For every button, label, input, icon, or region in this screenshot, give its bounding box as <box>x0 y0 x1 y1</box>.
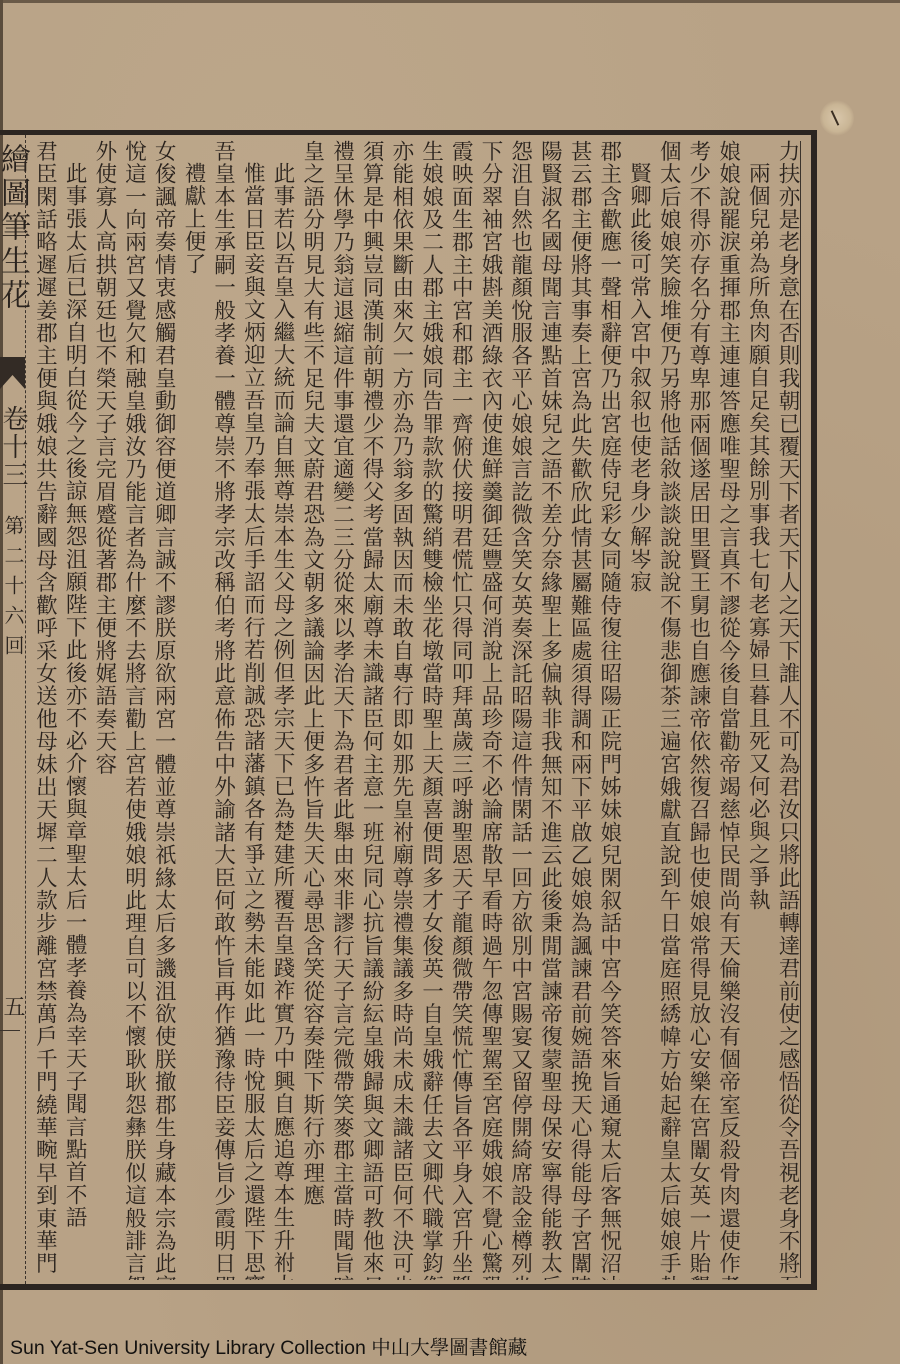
text-column: 兩個兒弟為所魚肉願自足矣其餘別事我七旬老寡婦旦暮且死又何必與之爭執 <box>743 140 773 1280</box>
text-column: 悅這一向兩宮又覺欠和融皇娥汝乃能言者為什麼不去將言勸上宮若使娥娘明此理自可以不懷… <box>119 140 149 1280</box>
text-column: 惟當日臣妾與文炳迎立吾皇乃奉張太后手詔而行若削誠恐諸藩鎮各有爭立之勢未能如此一時… <box>238 140 268 1280</box>
text-column: 此事若以吾皇入繼大統而論自無尊崇本生父母之例但孝宗天下已為楚建所覆吾皇踐祚實乃中… <box>267 140 297 1280</box>
text-column: 下分翠袖宮娥斟美酒綠衣內使進鮮羹御廷豐盛何消說上品珍奇不必論席散早看時過午忽傳聖… <box>475 140 505 1280</box>
library-collection-caption: Sun Yat-Sen University Library Collectio… <box>10 1332 527 1360</box>
vertical-text-body: 力扶亦是老身意在否則我朝已覆天下者天下人之天下誰人不可為君汝只將此語轉達君前使之… <box>30 140 802 1280</box>
text-column: 霞映面生郡主中宮和郡主一齊俯伏接明君慌忙只得同叩拜萬歲三呼謝聖恩天子龍顏微帶笑慌… <box>446 140 476 1280</box>
text-column: 個太后娘娘笑臉堆便乃另將他話敘談談說說說不傷悲御茶三遍宮娥獻直說到午日當庭照綉幃… <box>653 140 683 1280</box>
book-title: 繪圖筆生花 <box>0 143 25 313</box>
chapter-label: 第二十六回 <box>0 515 25 665</box>
text-column: 禮獻上便了 <box>178 140 208 1280</box>
text-column: 考少不得亦存名分有尊卑那兩個遂居田里賢王舅也自應諫帝依然復召歸也使娘娘常得見放心… <box>683 140 713 1280</box>
scanned-page: 繪圖筆生花 卷十三 第二十六回 五 力扶亦是老身意在否則我朝已覆天下者天下人之天… <box>0 0 900 1364</box>
text-column: 陽賢淑名國母聞言連點首妹兒之語不差分奈緣聖上多偏執非我無知不進云此後秉閒當諫帝復… <box>535 140 565 1280</box>
fishtail-mark <box>0 357 25 397</box>
paper-damage-hole <box>820 100 854 136</box>
text-column: 皇之語分明見大有些不足兒夫文蔚君恐為文朝多議論因此上便多忤旨失天心尋思含笑從容奏… <box>297 140 327 1280</box>
text-column: 郡主含歡應一聲相辭便乃出宮庭侍兒彩女同隨侍復往昭陽正院門姊妹娘兒閑叙話中宮今笑答… <box>594 140 624 1280</box>
text-column: 此事張太后已深自明白從今之後諒無怨沮願陛下此後亦不必介懷與章聖太后一體孝養為幸天… <box>59 140 89 1280</box>
text-column: 甚云郡主便將其事奏上宮為此失歡欣此情甚屬難區處須得調和兩下平啟乙娘娘為諷諫君前婉… <box>564 140 594 1280</box>
text-column: 娘娘說罷淚重揮郡主連連答應唯聖母之言真不謬從今後自當勸帝竭慈悼民間尚有天倫樂沒有… <box>713 140 743 1280</box>
margin-rule <box>0 1030 20 1031</box>
text-column: 外使寡人高拱朝廷也不榮天子言完眉蹙從著郡主便將娓語奏天容 <box>89 140 119 1280</box>
text-column: 吾皇本生承嗣一般孝養一體尊崇不將孝宗改稱伯考將此意佈告中外諭諸大臣何敢忤旨再作猶… <box>208 140 238 1280</box>
text-column: 賢卿此後可常入宮中叙叙也使老身少解岑寂 <box>624 140 654 1280</box>
page-number: 五 <box>0 995 25 1017</box>
volume-label: 卷十三 <box>0 405 25 489</box>
text-column: 須算是中興豈同漢制前朝禮少不得父考當歸太廟尊未識諸臣何主意一班兒同心抗旨議紛紜皇… <box>356 140 386 1280</box>
text-column: 亦能相依果斷由來欠一方亦為乃翁多固執因而未敢自專行即如那先皇祔廟尊崇禮集議多時尚… <box>386 140 416 1280</box>
page-top-edge <box>0 0 900 3</box>
text-column: 力扶亦是老身意在否則我朝已覆天下者天下人之天下誰人不可為君汝只將此語轉達君前使之… <box>772 140 802 1280</box>
text-column: 禮呈休學乃翁這退縮這件事還宜適變二三分從來以孝治天下為君者此舉由來非謬行天子言完… <box>327 140 357 1280</box>
text-column: 女俊諷帝奏情衷感觸君皇動御容便道卿言誠不謬朕原欲兩宮一體並尊崇祇緣太后多譏沮欲使… <box>149 140 179 1280</box>
text-column: 怨沮自然也龍顏悅服各平心娘娘言訖微含笑女英奏深託昭陽這件情閑話一回方欲別中宮賜宴… <box>505 140 535 1280</box>
text-column: 君臣閑話略遲遲姜郡主便與娥娘共告辭國母含歡呼采女送他母妹出天墀二人款步離宮禁萬戶… <box>30 140 59 1280</box>
book-margin-column: 繪圖筆生花 卷十三 第二十六回 五 <box>0 135 26 1284</box>
text-column: 生娘娘及二人郡主娥娘同告罪款款的驚綃雙檢坐花墩當時聖上天顏喜便問多才女俊英一自皇… <box>416 140 446 1280</box>
